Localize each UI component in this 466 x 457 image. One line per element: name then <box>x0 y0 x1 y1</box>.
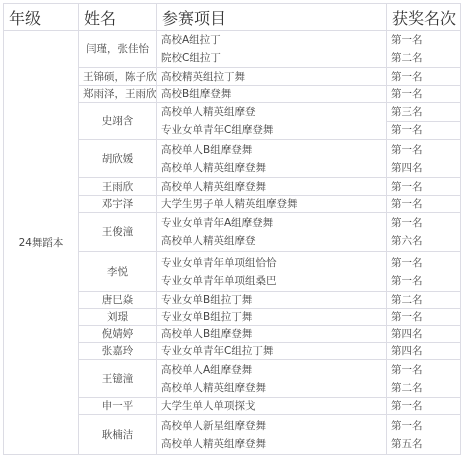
event-cell: 大学生单人单项探戈 <box>157 398 387 415</box>
event-cell: 高校单人B组摩登舞 高校单人精英组摩登舞 <box>157 140 387 178</box>
name-cell: 胡欣媛 <box>79 140 157 178</box>
event-item: 高校A组拉丁 <box>161 31 382 49</box>
rank-item: 第一名 <box>391 254 456 272</box>
event-item: 专业女单青年单项组恰恰 <box>161 254 382 272</box>
header-grade: 年级 <box>4 4 79 31</box>
event-item: 高校单人A组摩登舞 <box>161 361 382 379</box>
event-item: 高校单人精英组摩登舞 <box>161 159 382 177</box>
rank-cell: 第一名 <box>387 86 461 103</box>
event-item: 高校单人精英组摩登 <box>161 232 382 250</box>
rank-cell: 第四名 <box>387 343 461 360</box>
event-cell: 专业女单B组拉丁舞 <box>157 309 387 326</box>
name-cell: 倪婧婷 <box>79 326 157 343</box>
rank-cell: 第三名 <box>387 103 461 122</box>
event-item: 高校单人B组摩登舞 <box>161 141 382 159</box>
name-cell: 闫瑾，张佳怡 <box>79 31 157 68</box>
rank-cell: 第一名 第六名 <box>387 213 461 252</box>
event-cell: 高校单人B组摩登舞 <box>157 326 387 343</box>
name-cell: 王锦硕，陈子欣 <box>79 68 157 86</box>
event-item: 专业女单青年单项组桑巴 <box>161 272 382 290</box>
name-cell: 申一平 <box>79 398 157 415</box>
rank-cell: 第一名 第二名 <box>387 360 461 398</box>
event-cell: 高校单人精英组摩登 专业女单青年C组摩登舞 <box>157 103 387 140</box>
rank-item: 第一名 <box>391 272 456 290</box>
rank-item: 第六名 <box>391 232 456 250</box>
event-cell: 大学生男子单人精英组摩登舞 <box>157 196 387 213</box>
rank-item: 第一名 <box>391 214 456 232</box>
rank-item: 第二名 <box>391 379 456 397</box>
rank-cell: 第一名 第四名 <box>387 140 461 178</box>
rank-cell: 第一名 <box>387 68 461 86</box>
event-item: 专业女单青年C组摩登舞 <box>161 121 382 139</box>
name-cell: 耿楠洁 <box>79 415 157 455</box>
name-cell: 王镱潼 <box>79 360 157 398</box>
event-cell: 高校B组摩登舞 <box>157 86 387 103</box>
name-cell: 唐巳焱 <box>79 292 157 309</box>
rank-cell: 第一名 <box>387 196 461 213</box>
rank-cell: 第四名 <box>387 326 461 343</box>
rank-item: 第四名 <box>391 159 456 177</box>
rank-cell: 第一名 第二名 <box>387 31 461 68</box>
event-item: 高校单人精英组摩登舞 <box>161 435 382 453</box>
event-item: 高校单人新星组摩登舞 <box>161 417 382 435</box>
event-item: 高校单人精英组摩登舞 <box>161 379 382 397</box>
event-cell: 高校精英组拉丁舞 <box>157 68 387 86</box>
name-cell: 郑雨泽，王雨欣 <box>79 86 157 103</box>
event-cell: 高校单人A组摩登舞 高校单人精英组摩登舞 <box>157 360 387 398</box>
rank-cell: 第一名 第一名 <box>387 252 461 292</box>
header-row: 年级 姓名 参赛项目 获奖名次 <box>4 4 461 31</box>
rank-item: 第二名 <box>391 49 456 67</box>
event-item: 专业女单青年A组摩登舞 <box>161 214 382 232</box>
event-cell: 专业女单青年A组摩登舞 高校单人精英组摩登 <box>157 213 387 252</box>
event-cell: 高校A组拉丁 院校C组拉丁 <box>157 31 387 68</box>
rank-item: 第一名 <box>391 141 456 159</box>
grade-cell: 24舞蹈本 <box>4 31 79 455</box>
event-cell: 专业女单B组拉丁舞 <box>157 292 387 309</box>
header-name: 姓名 <box>79 4 157 31</box>
event-cell: 高校单人新星组摩登舞 高校单人精英组摩登舞 <box>157 415 387 455</box>
event-cell: 专业女单青年单项组恰恰 专业女单青年单项组桑巴 <box>157 252 387 292</box>
event-item: 院校C组拉丁 <box>161 49 382 67</box>
rank-cell: 第一名 <box>387 398 461 415</box>
rank-item: 第一名 <box>391 417 456 435</box>
rank-cell: 第一名 <box>387 121 461 140</box>
header-event: 参赛项目 <box>157 4 387 31</box>
rank-item: 第一名 <box>391 361 456 379</box>
name-cell: 张嘉玲 <box>79 343 157 360</box>
rank-cell: 第一名 第五名 <box>387 415 461 455</box>
rank-item: 第一名 <box>391 31 456 49</box>
table-row: 24舞蹈本 闫瑾，张佳怡 高校A组拉丁 院校C组拉丁 第一名 第二名 <box>4 31 461 68</box>
rank-item: 第五名 <box>391 435 456 453</box>
event-cell: 专业女单青年C组拉丁舞 <box>157 343 387 360</box>
header-rank: 获奖名次 <box>387 4 461 31</box>
event-item: 高校单人精英组摩登 <box>161 103 382 121</box>
awards-table: 年级 姓名 参赛项目 获奖名次 24舞蹈本 闫瑾，张佳怡 高校A组拉丁 院校C组… <box>3 3 461 455</box>
event-cell: 高校单人精英组摩登舞 <box>157 178 387 196</box>
name-cell: 王俊潼 <box>79 213 157 252</box>
rank-cell: 第一名 <box>387 178 461 196</box>
name-cell: 刘璟 <box>79 309 157 326</box>
name-cell: 李悦 <box>79 252 157 292</box>
name-cell: 王雨欣 <box>79 178 157 196</box>
rank-cell: 第一名 <box>387 309 461 326</box>
name-cell: 史翊含 <box>79 103 157 140</box>
name-cell: 邓宇泽 <box>79 196 157 213</box>
rank-cell: 第二名 <box>387 292 461 309</box>
